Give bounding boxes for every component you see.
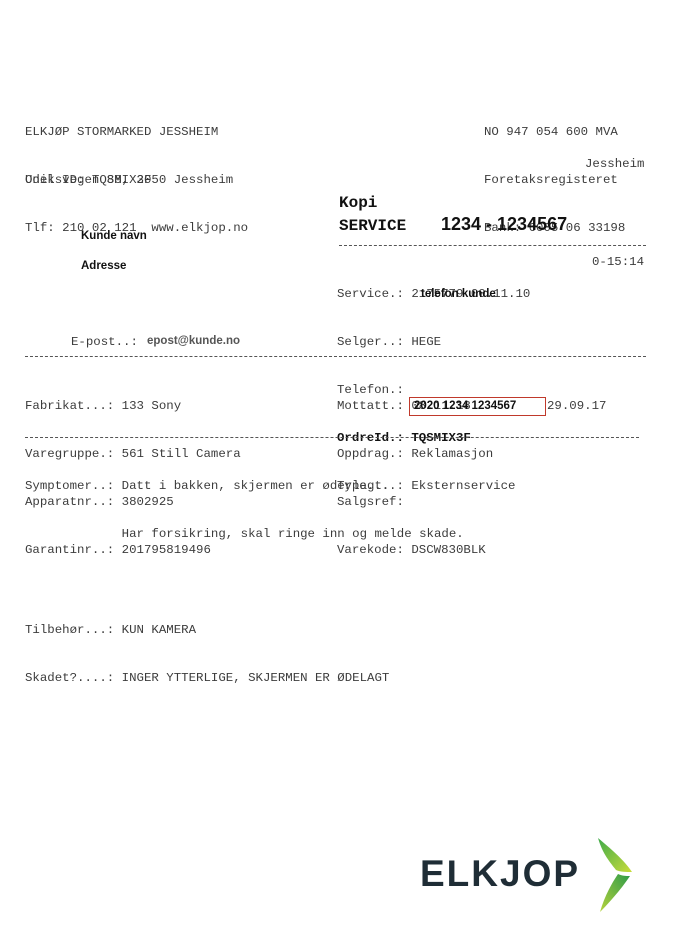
copy-label: Kopi bbox=[339, 194, 377, 212]
service-label: SERVICE bbox=[339, 217, 406, 235]
customer-name: Kunde navn bbox=[81, 230, 147, 242]
divider bbox=[25, 437, 639, 438]
make-label: Fabrikat...: bbox=[25, 399, 114, 413]
email-label: E-post..: bbox=[71, 334, 138, 350]
customer-address: Adresse bbox=[81, 260, 126, 272]
service-time: 0-15:14 bbox=[592, 254, 644, 270]
symptoms-line: Datt i bakken, skjermen er øderlagt. bbox=[122, 479, 390, 493]
store-name: ELKJØP STORMARKED JESSHEIM bbox=[25, 124, 248, 140]
elkjop-logo: ELKJOP bbox=[420, 838, 640, 918]
divider bbox=[25, 356, 646, 357]
phone-value: telefon kunde bbox=[421, 288, 496, 300]
symptoms-label: Symptomer..: bbox=[25, 479, 114, 493]
location: Jessheim bbox=[585, 156, 645, 172]
damaged-label: Skadet?....: bbox=[25, 671, 114, 685]
seller-value: HEGE bbox=[411, 335, 441, 349]
logo-text: ELKJOP bbox=[420, 853, 580, 895]
details: Symptomer..: Datt i bakken, skjermen er … bbox=[25, 446, 464, 702]
accessories-label: Tilbehør...: bbox=[25, 623, 114, 637]
unique-id: Unik ID: TQSMIX3F bbox=[25, 172, 151, 188]
seller-label: Selger..: bbox=[337, 335, 404, 349]
service-field-label: Service.: bbox=[337, 287, 404, 301]
org-number: NO 947 054 600 MVA bbox=[484, 124, 625, 140]
registry: Foretaksregisteret bbox=[484, 172, 625, 188]
salesref-value: 2020 1234 1234567 bbox=[414, 400, 516, 412]
divider bbox=[339, 245, 646, 246]
received-label: Mottatt.: bbox=[337, 399, 404, 413]
salesref-date: 29.09.17 bbox=[547, 398, 607, 414]
accessories-value: KUN KAMERA bbox=[122, 623, 196, 637]
customer-email: epost@kunde.no bbox=[147, 335, 240, 347]
make-value: 133 Sony bbox=[122, 399, 182, 413]
damaged-value: INGER YTTERLIGE, SKJERMEN ER ØDELAGT bbox=[122, 671, 390, 685]
service-number: 1234 - 1234567 bbox=[441, 214, 567, 235]
symptoms-line: Har forsikring, skal ringe inn og melde … bbox=[122, 527, 464, 541]
chevron-logo-icon bbox=[596, 838, 636, 914]
